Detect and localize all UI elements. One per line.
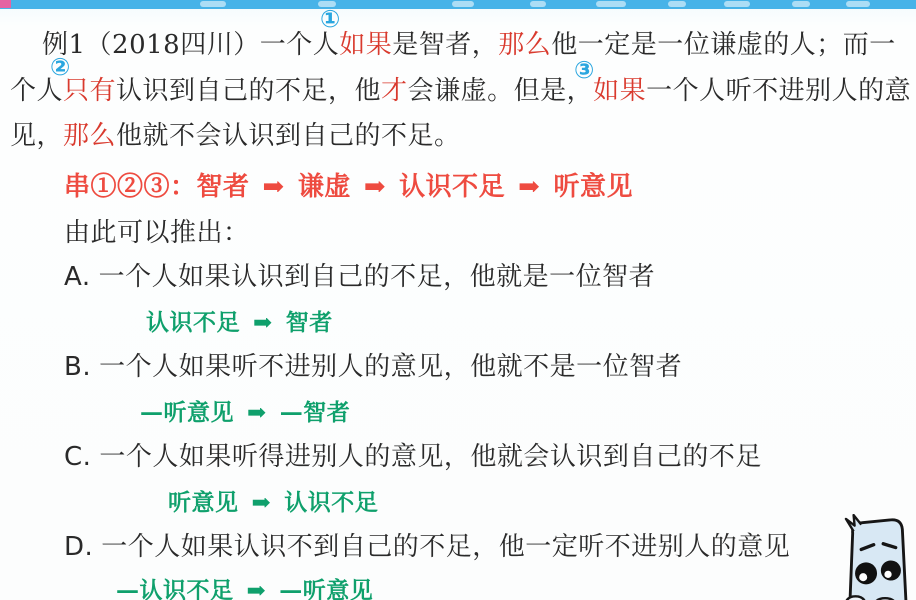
watermark-fragment: [846, 1, 870, 7]
formula-right: —听意见: [279, 577, 373, 600]
watermark-fragment: [200, 1, 226, 7]
stem-keyword-name: 那么: [63, 121, 116, 151]
option-a: A.一个人如果认识到自己的不足，他就是一位智者: [64, 262, 655, 292]
formula-left: 认识不足: [146, 309, 240, 336]
right-arrow-icon: ➡: [247, 399, 267, 426]
stem-text: 一个人听不进别人的意: [646, 76, 911, 106]
option-c: C.一个人如果听得进别人的意见，他就会认识到自己的不足: [64, 442, 762, 472]
circled-number-1: ①: [320, 5, 340, 33]
right-arrow-icon: ➡: [518, 172, 540, 202]
option-b-text: 一个人如果听不进别人的意见，他就不是一位智者: [99, 352, 682, 382]
stem-text: 他就不会认识到自己的不足。: [116, 121, 461, 151]
stem-text: 例1（2018四川）一个人: [42, 30, 339, 60]
stem-text: 他一定是一位谦虚的人；而一: [551, 30, 896, 60]
corner-accent: [0, 0, 11, 8]
chain-term: 听意见: [553, 172, 633, 202]
option-a-formula: 认识不足➡智者: [146, 308, 333, 338]
formula-right: —智者: [280, 399, 351, 426]
stem-text: 个人: [10, 76, 63, 106]
chain-term: 认识不足: [399, 172, 505, 202]
option-a-text: 一个人如果认识到自己的不足，他就是一位智者: [99, 262, 656, 292]
watermark-fragment: [668, 1, 686, 7]
option-d-formula: —认识不足➡—听意见: [116, 576, 373, 600]
right-arrow-icon: ➡: [252, 489, 272, 516]
top-bar: [0, 0, 916, 9]
option-c-label: C.: [64, 442, 91, 472]
chain-line: 串①②③：智者➡谦虚➡认识不足➡听意见: [64, 172, 633, 202]
stem-keyword-cai: 才: [381, 76, 408, 106]
watermark-fragment: [724, 1, 750, 7]
right-arrow-icon: ➡: [364, 172, 386, 202]
chain-term: 智者: [197, 172, 250, 202]
watermark-fragment: [596, 1, 626, 7]
option-b: B.一个人如果听不进别人的意见，他就不是一位智者: [64, 352, 682, 382]
lecture-slide: ① ② ③ 例1（2018四川）一个人如果是智者，那么他一定是一位谦虚的人；而一…: [0, 0, 916, 600]
formula-left: —听意见: [140, 399, 234, 426]
puppy-mascot-icon: [824, 514, 910, 600]
option-d-label: D.: [64, 532, 93, 562]
option-c-formula: 听意见➡认识不足: [168, 488, 378, 518]
formula-right: 智者: [286, 309, 333, 336]
stem-keyword-zhiyou: 只有: [63, 76, 116, 106]
lead-text: 由此可以推出：: [64, 218, 250, 248]
watermark-fragment: [452, 1, 474, 7]
stem-keyword-ruguo: 如果: [339, 30, 392, 60]
stem-keyword-ruguo: 如果: [593, 76, 646, 106]
stem-line-2: 个人只有认识到自己的不足，他才会谦虚。但是，如果一个人听不进别人的意: [10, 76, 911, 106]
option-c-text: 一个人如果听得进别人的意见，他就会认识到自己的不足: [99, 442, 762, 472]
stem-text: 见，: [10, 121, 63, 151]
formula-right: 认识不足: [284, 489, 378, 516]
stem-text: 是智者，: [392, 30, 498, 60]
option-b-formula: —听意见➡—智者: [140, 398, 350, 428]
option-d-text: 一个人如果认识不到自己的不足，他一定听不进别人的意见: [101, 532, 790, 562]
formula-left: —认识不足: [116, 577, 234, 600]
stem-line-1: 例1（2018四川）一个人如果是智者，那么他一定是一位谦虚的人；而一: [42, 30, 896, 60]
chain-label: 串①②③：: [64, 172, 197, 202]
stem-line-3: 见，那么他就不会认识到自己的不足。: [10, 121, 461, 151]
stem-text: 会谦虚。但是，: [408, 76, 594, 106]
right-arrow-icon: ➡: [253, 309, 273, 336]
watermark-fragment: [530, 1, 546, 7]
right-arrow-icon: ➡: [247, 577, 267, 600]
option-d: D.一个人如果认识不到自己的不足，他一定听不进别人的意见: [64, 532, 790, 562]
watermark-fragment: [792, 1, 810, 7]
stem-text: 认识到自己的不足，他: [116, 76, 381, 106]
chain-term: 谦虚: [298, 172, 351, 202]
formula-left: 听意见: [168, 489, 239, 516]
option-a-label: A.: [64, 262, 91, 292]
stem-keyword-name: 那么: [498, 30, 551, 60]
option-b-label: B.: [64, 352, 91, 382]
right-arrow-icon: ➡: [263, 172, 285, 202]
